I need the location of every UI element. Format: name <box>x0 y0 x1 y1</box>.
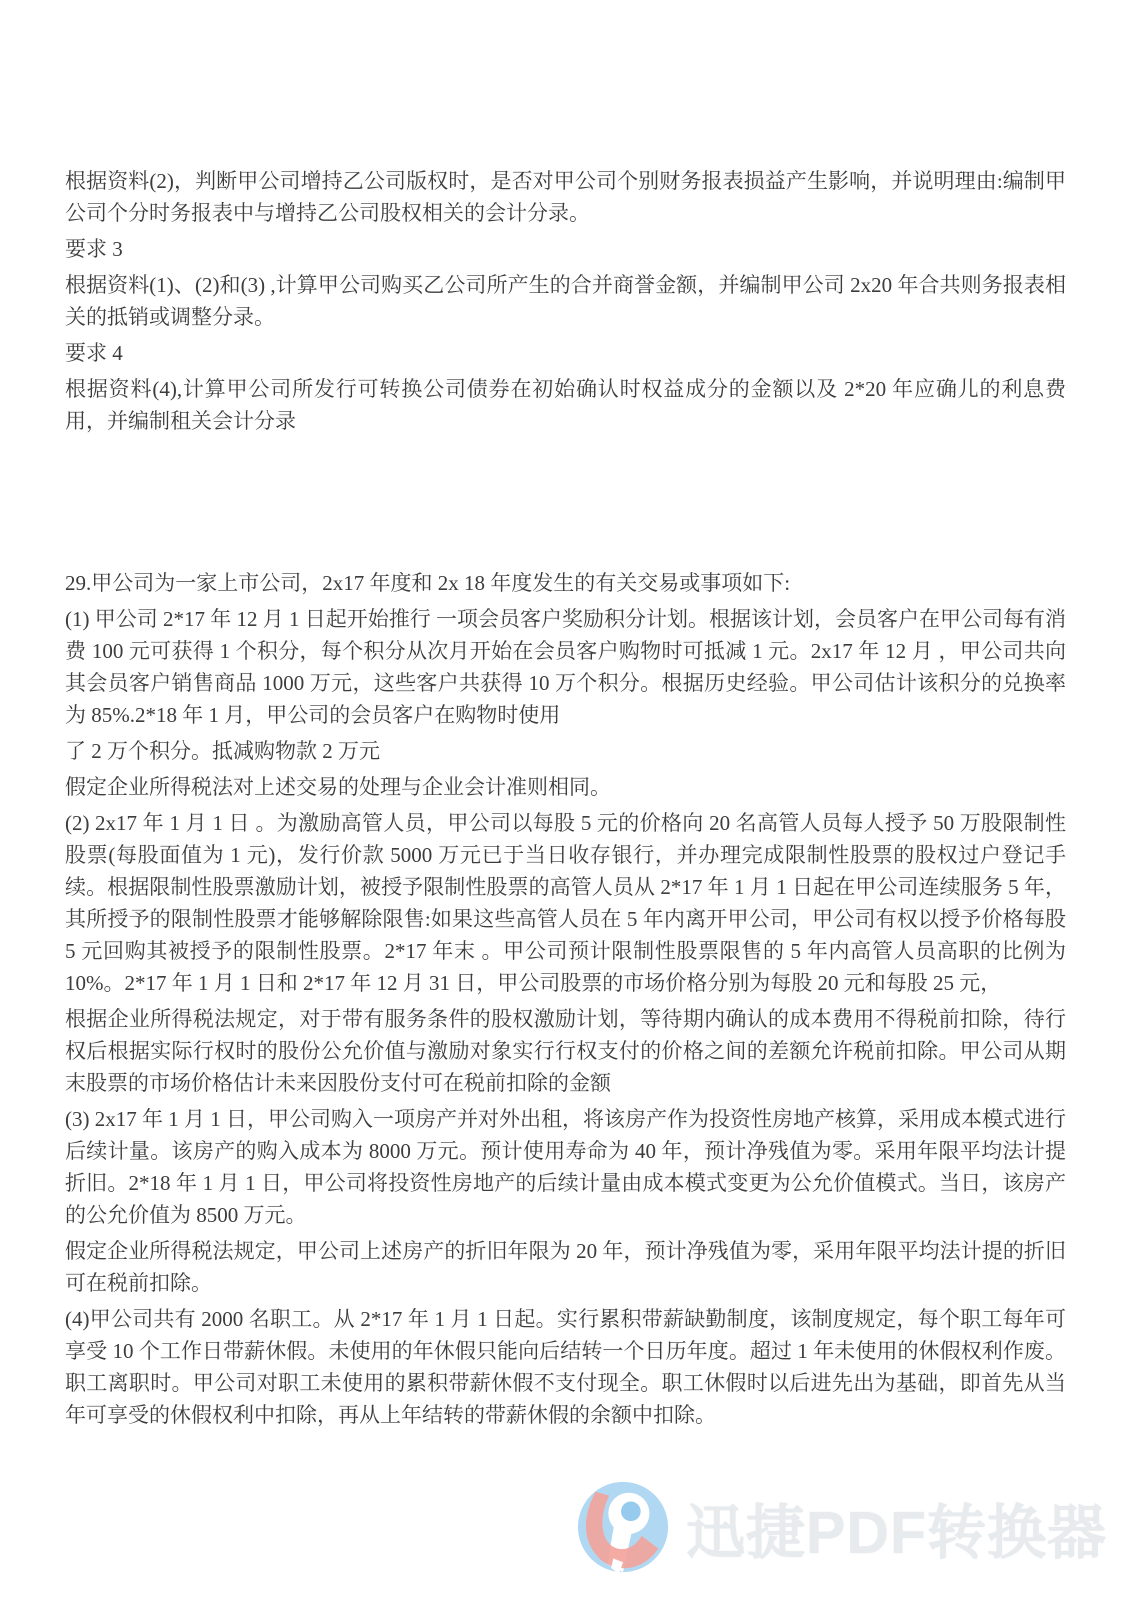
question-29-item-2: (2) 2x17 年 1 月 1 日 。为激励高管人员，甲公司以每股 5 元的价… <box>65 807 1066 999</box>
document-page: 根据资料(2)，判断甲公司增持乙公司版权时，是否对甲公司个别财务报表损益产生影响… <box>0 0 1131 1600</box>
question-29-intro: 29.甲公司为一家上市公司，2x17 年度和 2x 18 年度发生的有关交易或事… <box>65 567 1066 599</box>
question-29-item-3-tax-note: 假定企业所得税法规定，甲公司上述房产的折旧年限为 20 年，预计净残值为零，采用… <box>65 1235 1066 1299</box>
question-29-item-2-tax-note: 根据企业所得税法规定，对于带有服务条件的股权激励计划，等待期内确认的成本费用不得… <box>65 1003 1066 1099</box>
watermark: 迅捷PDF转换器 <box>574 1476 1107 1578</box>
section-gap <box>65 441 1066 567</box>
document-content: 根据资料(2)，判断甲公司增持乙公司版权时，是否对甲公司个别财务报表损益产生影响… <box>65 165 1066 1435</box>
question-29-item-1-continuation: 了 2 万个积分。抵减购物款 2 万元 <box>65 735 1066 767</box>
question-29-item-1-tax-note: 假定企业所得税法对上述交易的处理与企业会计准则相同。 <box>65 771 1066 803</box>
question-29-item-3: (3) 2x17 年 1 月 1 日，甲公司购入一项房产并对外出租，将该房产作为… <box>65 1103 1066 1231</box>
question-29-item-1: (1) 甲公司 2*17 年 12 月 1 日起开始推行 一项会员客户奖励积分计… <box>65 603 1066 731</box>
requirement-2-paragraph: 根据资料(2)，判断甲公司增持乙公司版权时，是否对甲公司个别财务报表损益产生影响… <box>65 165 1066 229</box>
requirement-3-heading: 要求 3 <box>65 233 1066 265</box>
requirement-4-heading: 要求 4 <box>65 337 1066 369</box>
requirement-4-paragraph: 根据资料(4),计算甲公司所发行可转换公司债券在初始确认时权益成分的金额以及 2… <box>65 373 1066 437</box>
requirement-3-paragraph: 根据资料(1)、(2)和(3) ,计算甲公司购买乙公司所产生的合并商誉金额，并编… <box>65 269 1066 333</box>
pdf-converter-logo-icon <box>574 1476 672 1578</box>
question-29-item-4: (4)甲公司共有 2000 名职工。从 2*17 年 1 月 1 日起。实行累积… <box>65 1303 1066 1431</box>
watermark-text: 迅捷PDF转换器 <box>686 1485 1107 1570</box>
